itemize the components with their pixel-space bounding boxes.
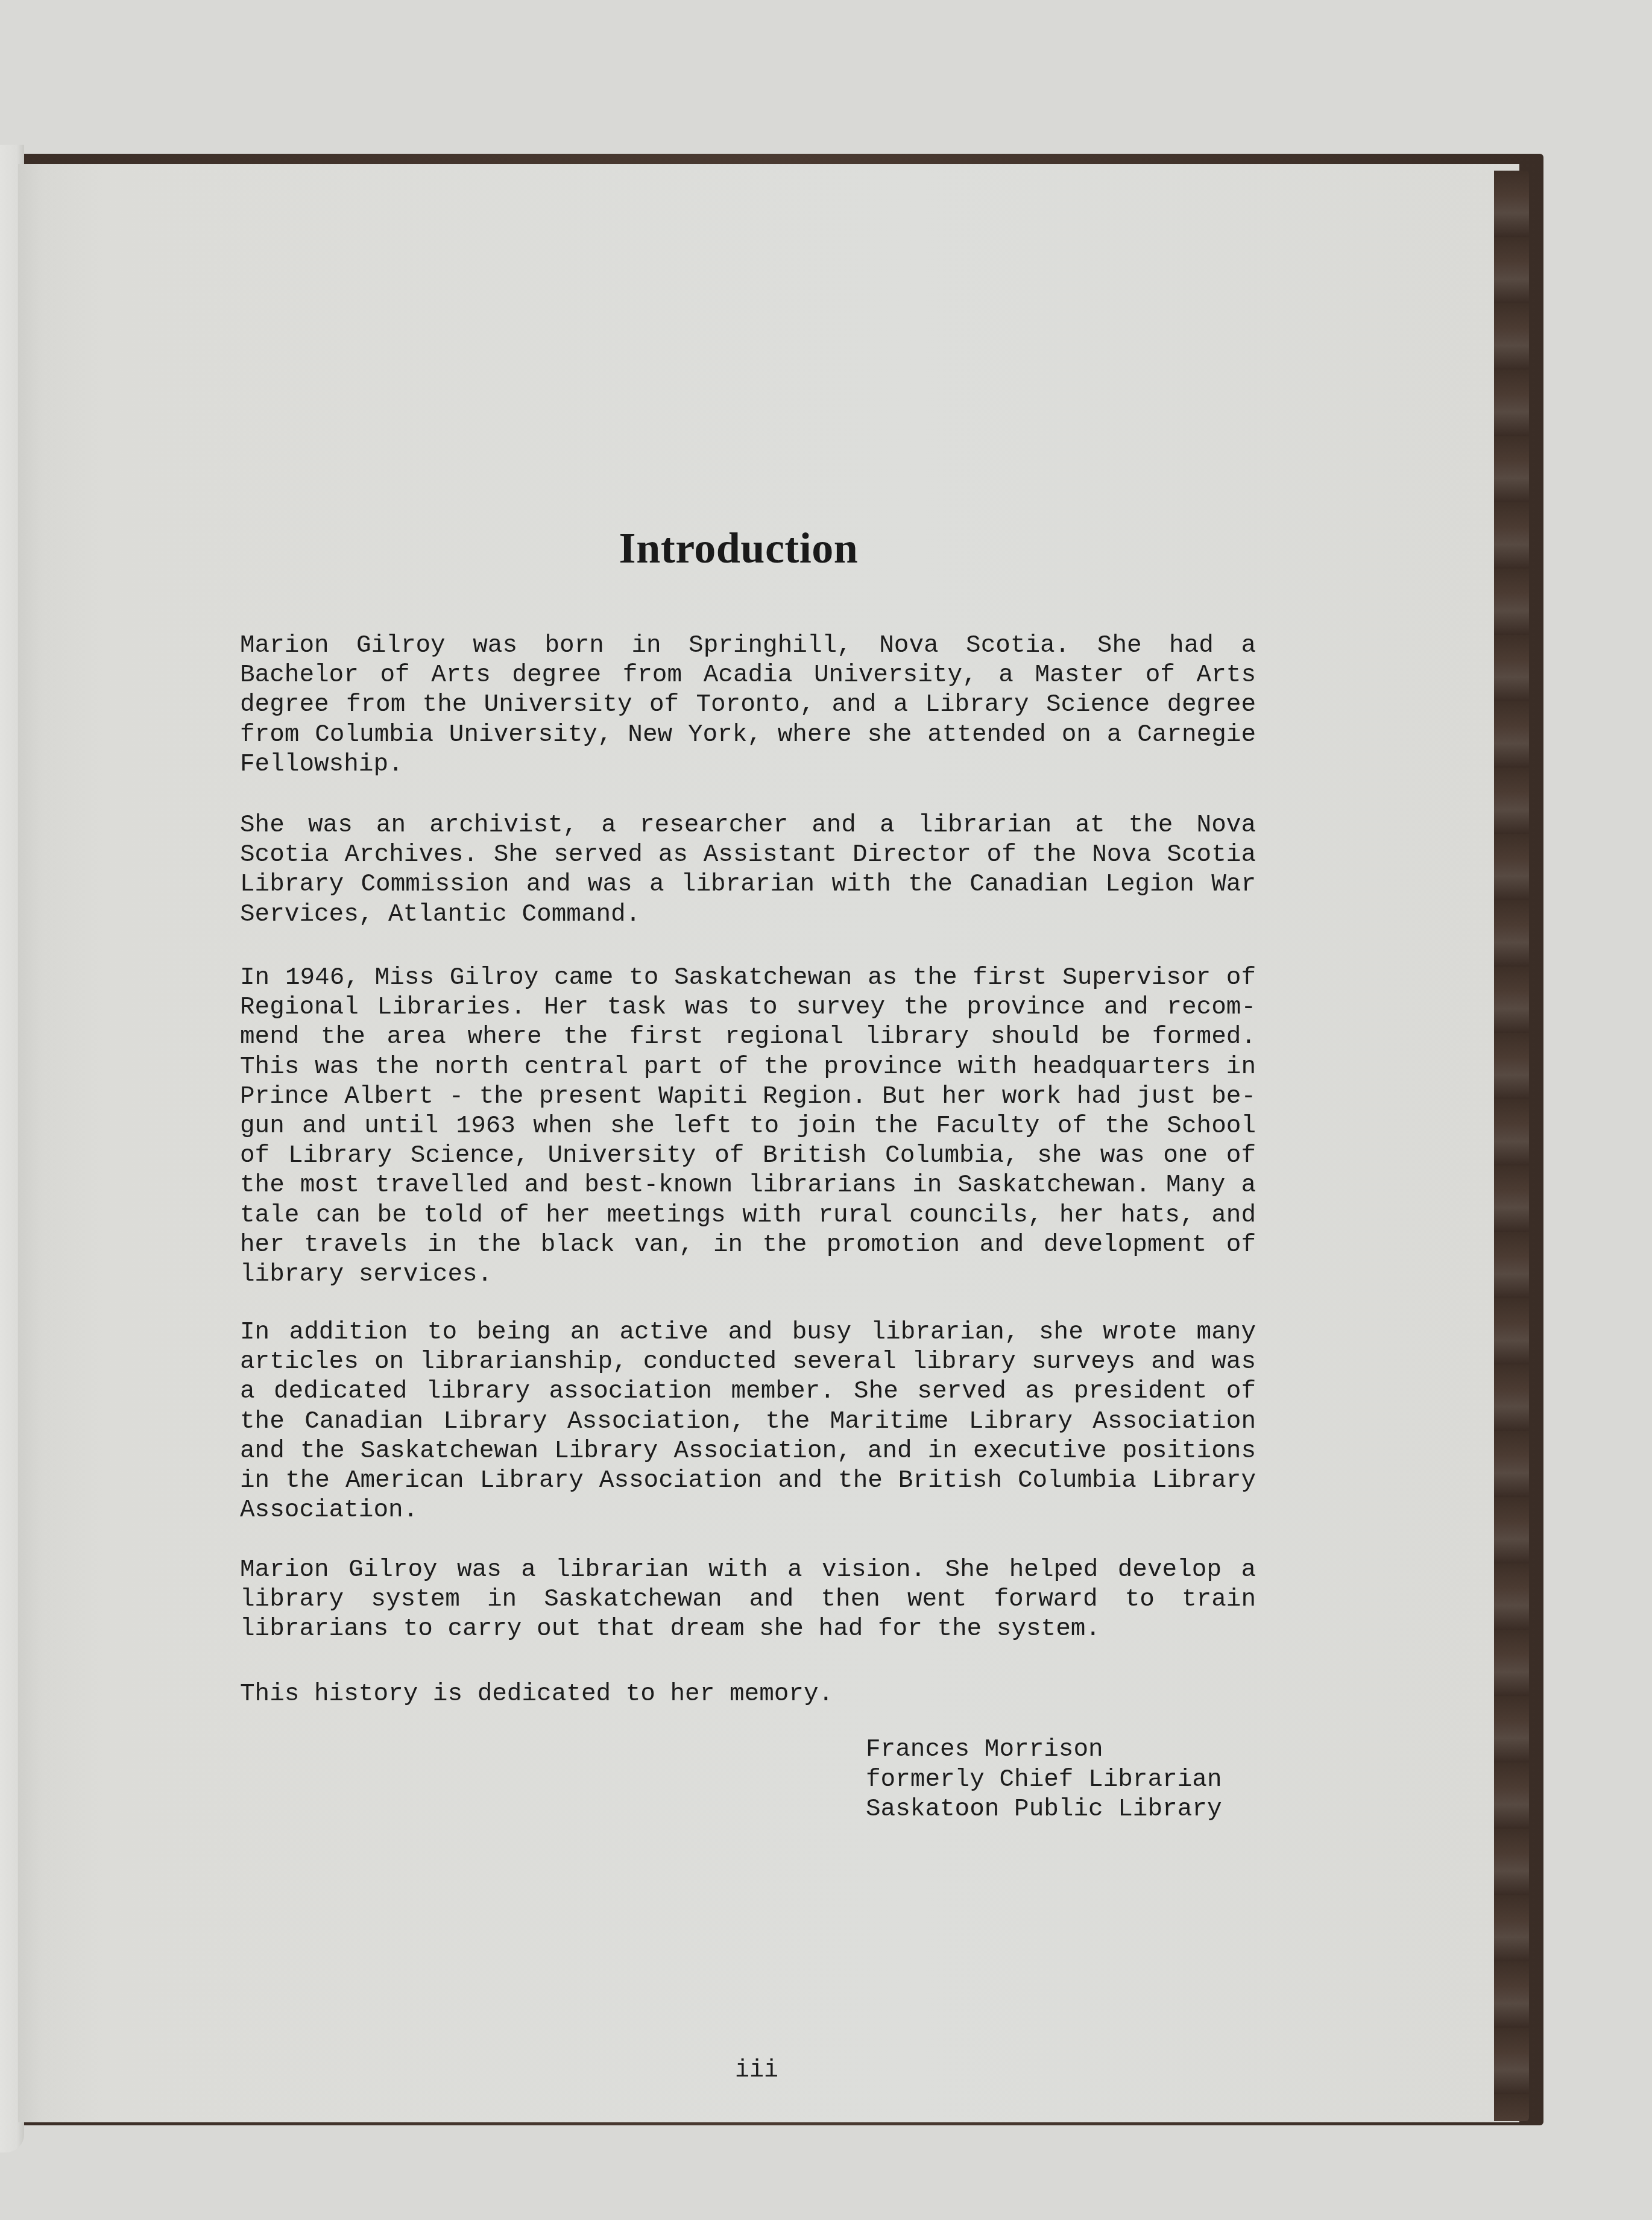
paragraph-text: Marion Gilroy was a librarian with a vis… <box>240 1556 1256 1645</box>
page-title: Introduction <box>0 523 1477 573</box>
paragraph-4: In addition to being an active and busy … <box>240 1318 1256 1525</box>
cover-edge <box>1494 171 1529 2121</box>
paragraph-2: She was an archivist, a researcher and a… <box>240 811 1256 930</box>
paragraph-5: Marion Gilroy was a librarian with a vis… <box>240 1556 1256 1645</box>
signature-organization: Saskatoon Public Library <box>866 1795 1222 1825</box>
signature-role: formerly Chief Librarian <box>866 1765 1222 1796</box>
paragraph-1: Marion Gilroy was born in Springhill, No… <box>240 631 1256 780</box>
signature-name: Frances Morrison <box>866 1735 1222 1765</box>
paragraph-text: In 1946, Miss Gilroy came to Saskatchewa… <box>240 963 1256 1290</box>
paragraph-text: She was an archivist, a researcher and a… <box>240 811 1256 930</box>
dedication-line: This history is dedicated to her memory. <box>240 1680 1256 1709</box>
paragraph-3: In 1946, Miss Gilroy came to Saskatchewa… <box>240 963 1256 1290</box>
paragraph-text: Marion Gilroy was born in Springhill, No… <box>240 631 1256 780</box>
paragraph-text: In addition to being an active and busy … <box>240 1318 1256 1525</box>
paragraph-text: This history is dedicated to her memory. <box>240 1680 1256 1709</box>
page-number: iii <box>0 2057 1513 2084</box>
signature-block: Frances Morrison formerly Chief Libraria… <box>866 1735 1222 1825</box>
